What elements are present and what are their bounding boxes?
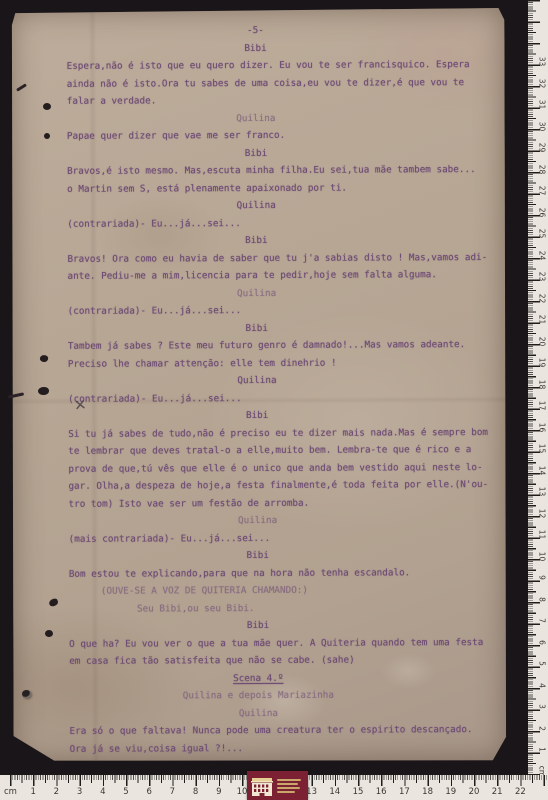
- ruler-label: 3: [538, 701, 547, 713]
- ruler-label: 5: [538, 658, 547, 670]
- script-heading-line: Bibi: [69, 616, 447, 635]
- script-heading-line: Quilina: [68, 371, 446, 390]
- ruler-label: 31: [538, 99, 547, 111]
- ruler-label: 29: [538, 142, 547, 154]
- ruler-label: cm: [4, 787, 17, 797]
- ruler-label: 22: [538, 292, 547, 304]
- script-text-line: (contrariada)- Eu...já...sei...: [68, 301, 498, 320]
- ruler-label: 14: [329, 787, 340, 797]
- script-heading-line: Quilina: [67, 109, 445, 128]
- script-heading-line: Bibi: [68, 406, 446, 425]
- ruler-label: 17: [538, 400, 547, 412]
- document-scan: -5-BibiEspera,não é isto que eu quero di…: [0, 0, 548, 800]
- script-text-line: Bravos,é isto mesmo. Mas,escuta minha fi…: [67, 161, 497, 180]
- script-heading-line: Bibi: [66, 39, 444, 58]
- ruler-label: 23: [538, 271, 547, 283]
- script-text-line: gar. Olha,a despeza de hoje,a festa fina…: [68, 476, 498, 495]
- ruler-label: 4: [100, 787, 105, 797]
- script-heading-line: Scena 4.º: [69, 669, 447, 688]
- ruler-label: 2: [538, 722, 547, 734]
- script-text-line: ante. Pediu-me a mim,licencia para te pe…: [67, 266, 497, 285]
- ruler-label: 20: [538, 335, 547, 347]
- script-text-line: Bravos! Ora como eu havia de saber que t…: [67, 248, 497, 267]
- script-heading-line: Quilina: [69, 511, 447, 530]
- ruler-label: 27: [538, 185, 547, 197]
- script-text-line: Papae quer dizer que vae me ser franco.: [67, 126, 497, 145]
- script-text-line: (contrariada)- Eu...já...sei...: [68, 388, 498, 407]
- handwritten-x-mark: ✕: [73, 397, 90, 414]
- ruler-label: 20: [469, 787, 480, 797]
- ruler-label: 8: [538, 593, 547, 605]
- ruler-label: 18: [422, 787, 433, 797]
- ink-blot: [44, 133, 50, 139]
- ruler-label: 8: [193, 787, 198, 797]
- ink-blot: [45, 630, 53, 637]
- ruler-label: 5: [123, 787, 128, 797]
- manuscript-page: -5-BibiEspera,não é isto que eu quero di…: [10, 8, 507, 763]
- ruler-label: 9: [538, 572, 547, 584]
- ruler-label: 6: [538, 636, 547, 648]
- script-heading-line: Quilina e depois Mariazinha: [69, 686, 447, 705]
- ruler-label: 21: [538, 314, 547, 326]
- ruler-label: 1: [538, 744, 547, 756]
- ruler-label: 32: [538, 77, 547, 89]
- ruler-label: 16: [376, 787, 387, 797]
- script-text-line: o Martin sem S, está plenamente apaixona…: [67, 178, 497, 197]
- ruler-label: 26: [538, 206, 547, 218]
- script-text-line: prova de que,tú vês que elle é o unico q…: [68, 458, 498, 477]
- ruler-label: 25: [538, 228, 547, 240]
- script-heading-line: Quilina: [68, 284, 446, 303]
- stamp-text: [277, 779, 301, 793]
- ruler-label: 16: [538, 421, 547, 433]
- script-heading-line: Bibi: [67, 231, 445, 250]
- script-text-line: (mais contrariada)- Eu...já...sei...: [69, 528, 499, 547]
- ink-blot: [43, 103, 51, 110]
- ruler-label: 12: [538, 507, 547, 519]
- ruler-label: 24: [538, 249, 547, 261]
- ruler-label: 18: [538, 378, 547, 390]
- script-text-line: ainda não é isto.Ora tu sabes de uma coi…: [67, 73, 497, 92]
- script-text-line: (contrariada)- Eu...já...sei...: [67, 213, 497, 232]
- ruler-label: 15: [538, 443, 547, 455]
- ruler-label: 28: [538, 163, 547, 175]
- script-heading-line: Quilina: [69, 704, 447, 723]
- script-text-line: tro tom) Isto vae ser um festão de arrom…: [68, 493, 498, 512]
- script-text-line: Si tu já sabes de tudo,não é preciso eu …: [68, 423, 498, 442]
- ruler-label: 10: [237, 787, 248, 797]
- ruler-label: 1: [30, 787, 35, 797]
- ruler-label: 10: [538, 550, 547, 562]
- script-text-line: (OUVE-SE A VOZ DE QUITERIA CHAMANDO:): [69, 581, 499, 600]
- ruler-label: 3: [77, 787, 82, 797]
- ruler-label: 17: [399, 787, 410, 797]
- ruler-label: 11: [538, 529, 547, 541]
- script-text-line: Bom estou te explicando,para que na hora…: [69, 563, 499, 582]
- ruler-label: 19: [538, 357, 547, 369]
- script-text-line: em casa fica tão satisfeita que não se c…: [69, 651, 499, 670]
- ruler-label: 7: [170, 787, 175, 797]
- script-heading-line: Quilina: [67, 196, 445, 215]
- ruler-label: 4: [538, 679, 547, 691]
- building-icon: [250, 775, 274, 797]
- script-text-line: te lembrar que deves tratal-o a elle,mui…: [68, 441, 498, 460]
- ruler-label: 33: [538, 56, 547, 68]
- script-text-line: Era só o que faltava! Nunca pode uma cre…: [69, 721, 499, 740]
- paper-hole: [22, 690, 31, 698]
- ruler-label: 22: [515, 787, 526, 797]
- script-text-line: Tambem já sabes ? Este meu futuro genro …: [68, 336, 498, 355]
- script-heading-line: Bibi: [68, 319, 446, 338]
- ruler-label: 19: [445, 787, 456, 797]
- script-text-line: Seu Bibi,ou seu Bibi.: [69, 598, 499, 617]
- script-heading-line: Bibi: [69, 546, 447, 565]
- ruler-label: 6: [146, 787, 151, 797]
- vertical-ruler: 3332313029282726252423222120191817161514…: [528, 0, 548, 775]
- script-text-line: Ora já se viu,coisa igual ?!...: [70, 738, 500, 757]
- ruler-label: 2: [54, 787, 59, 797]
- ruler-label: 13: [538, 486, 547, 498]
- script-heading-line: -5-: [66, 21, 444, 40]
- ruler-label: 14: [538, 464, 547, 476]
- ruler-label: 9: [216, 787, 221, 797]
- ruler-label: 30: [538, 120, 547, 132]
- ruler-label: 21: [492, 787, 503, 797]
- script-text-line: Preciso lhe chamar attenção: elle tem di…: [68, 353, 498, 372]
- script-text-line: falar a verdade.: [67, 91, 497, 110]
- ruler-label: 7: [538, 615, 547, 627]
- ruler-label: 15: [353, 787, 364, 797]
- typed-text-block: -5-BibiEspera,não é isto que eu quero di…: [10, 8, 507, 763]
- script-text-line: Espera,não é isto que eu quero dizer. Eu…: [67, 56, 497, 75]
- script-text-line: O que ha? Eu vou ver o que a tua mãe que…: [69, 633, 499, 652]
- script-heading-line: Bibi: [67, 144, 445, 163]
- ink-blot: [38, 387, 49, 395]
- archive-stamp: [247, 771, 308, 800]
